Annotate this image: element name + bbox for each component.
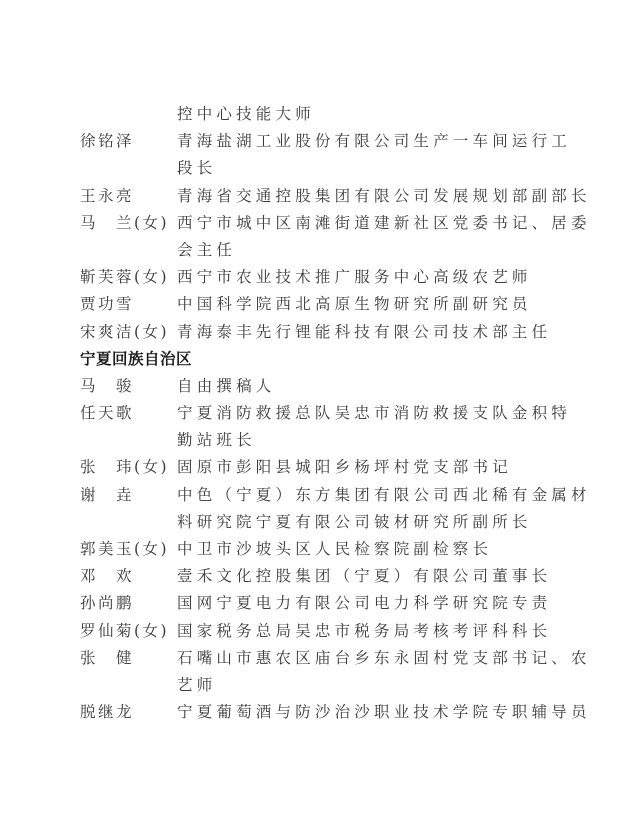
entry: 靳芙蓉(女) 西宁市农业技术推广服务中心高级农艺师 (0, 264, 640, 291)
entry-name: 罗仙菊(女) (80, 618, 169, 645)
entry: 郭美玉(女) 中卫市沙坡头区人民检察院副检察长 (0, 536, 640, 563)
entry-description: 固原市彭阳县城阳乡杨坪村党支部书记 (177, 454, 512, 481)
entry-description: 西宁市农业技术推广服务中心高级农艺师 (177, 264, 532, 291)
entry: 张 健 石嘴山市惠农区庙台乡东永固村党支部书记、农 艺师 (0, 645, 640, 699)
entry-name: 马 兰(女) (80, 210, 169, 237)
entry: 张 玮(女) 固原市彭阳县城阳乡杨坪村党支部书记 (0, 454, 640, 481)
entry-description: 中卫市沙坡头区人民检察院副检察长 (177, 536, 492, 563)
entry: 谢 垚 中色（宁夏）东方集团有限公司西北稀有金属材 料研究院宁夏有限公司铍材研究… (0, 482, 640, 536)
entry-description: 壹禾文化控股集团（宁夏）有限公司董事长 (177, 563, 551, 590)
entry-description: 控中心技能大师 (177, 101, 315, 128)
entry-description-continued: 会主任 (177, 237, 236, 264)
entry-description-continued: 段长 (177, 155, 216, 182)
entry: 贾功雪 中国科学院西北高原生物研究所副研究员 (0, 291, 640, 318)
entry-name: 宋爽洁(女) (80, 319, 169, 346)
entry-name: 任天歌 (80, 400, 134, 427)
entry-name: 郭美玉(女) (80, 536, 169, 563)
entry-description: 石嘴山市惠农区庙台乡东永固村党支部书记、农 (177, 645, 591, 672)
entry-name: 孙尚鹏 (80, 590, 134, 617)
entry-name: 靳芙蓉(女) (80, 264, 169, 291)
entry-name: 张 健 (80, 645, 134, 672)
entry: 王永亮 青海省交通控股集团有限公司发展规划部副部长 (0, 183, 640, 210)
entry-description: 宁夏消防救援总队吴忠市消防救援支队金积特 (177, 400, 571, 427)
entry-name: 徐铭泽 (80, 128, 134, 155)
entry-name: 马 骏 (80, 373, 134, 400)
entry-description: 西宁市城中区南滩街道建新社区党委书记、居委 (177, 210, 591, 237)
entry-description: 国家税务总局吴忠市税务局考核考评科科长 (177, 618, 551, 645)
entry-description: 中色（宁夏）东方集团有限公司西北稀有金属材 (177, 482, 591, 509)
entry-name: 贾功雪 (80, 291, 134, 318)
entry-description: 自由撰稿人 (177, 373, 276, 400)
entry: 马 骏 自由撰稿人 (0, 373, 640, 400)
entry-name: 邓 欢 (80, 563, 134, 590)
entry: 徐铭泽 青海盐湖工业股份有限公司生产一车间运行工 段长 (0, 128, 640, 182)
entry-description: 宁夏葡萄酒与防沙治沙职业技术学院专职辅导员 (177, 699, 591, 726)
section-heading: 宁夏回族自治区 (0, 346, 640, 373)
entry-description: 中国科学院西北高原生物研究所副研究员 (177, 291, 532, 318)
entry: 马 兰(女) 西宁市城中区南滩街道建新社区党委书记、居委 会主任 (0, 210, 640, 264)
entry-description-continued: 艺师 (177, 672, 216, 699)
entry-description-continued: 料研究院宁夏有限公司铍材研究所副所长 (177, 509, 532, 536)
entry: 邓 欢 壹禾文化控股集团（宁夏）有限公司董事长 (0, 563, 640, 590)
entry-name: 脱继龙 (80, 699, 134, 726)
entry-description: 青海盐湖工业股份有限公司生产一车间运行工 (177, 128, 571, 155)
entry: 任天歌 宁夏消防救援总队吴忠市消防救援支队金积特 勤站班长 (0, 400, 640, 454)
entry-description-continued: 勤站班长 (177, 427, 256, 454)
entry-description: 青海泰丰先行锂能科技有限公司技术部主任 (177, 319, 551, 346)
entry-name: 王永亮 (80, 183, 134, 210)
entry-description: 国网宁夏电力有限公司电力科学研究院专责 (177, 590, 551, 617)
entry-name: 谢 垚 (80, 482, 134, 509)
entry: 脱继龙 宁夏葡萄酒与防沙治沙职业技术学院专职辅导员 (0, 699, 640, 726)
entry: 罗仙菊(女) 国家税务总局吴忠市税务局考核考评科科长 (0, 618, 640, 645)
continuation-line: 控中心技能大师 (0, 101, 640, 128)
entry: 宋爽洁(女) 青海泰丰先行锂能科技有限公司技术部主任 (0, 319, 640, 346)
entry: 孙尚鹏 国网宁夏电力有限公司电力科学研究院专责 (0, 590, 640, 617)
document-page: 控中心技能大师 徐铭泽 青海盐湖工业股份有限公司生产一车间运行工 段长 王永亮 … (0, 101, 640, 726)
entry-name: 张 玮(女) (80, 454, 169, 481)
entry-description: 青海省交通控股集团有限公司发展规划部副部长 (177, 183, 591, 210)
